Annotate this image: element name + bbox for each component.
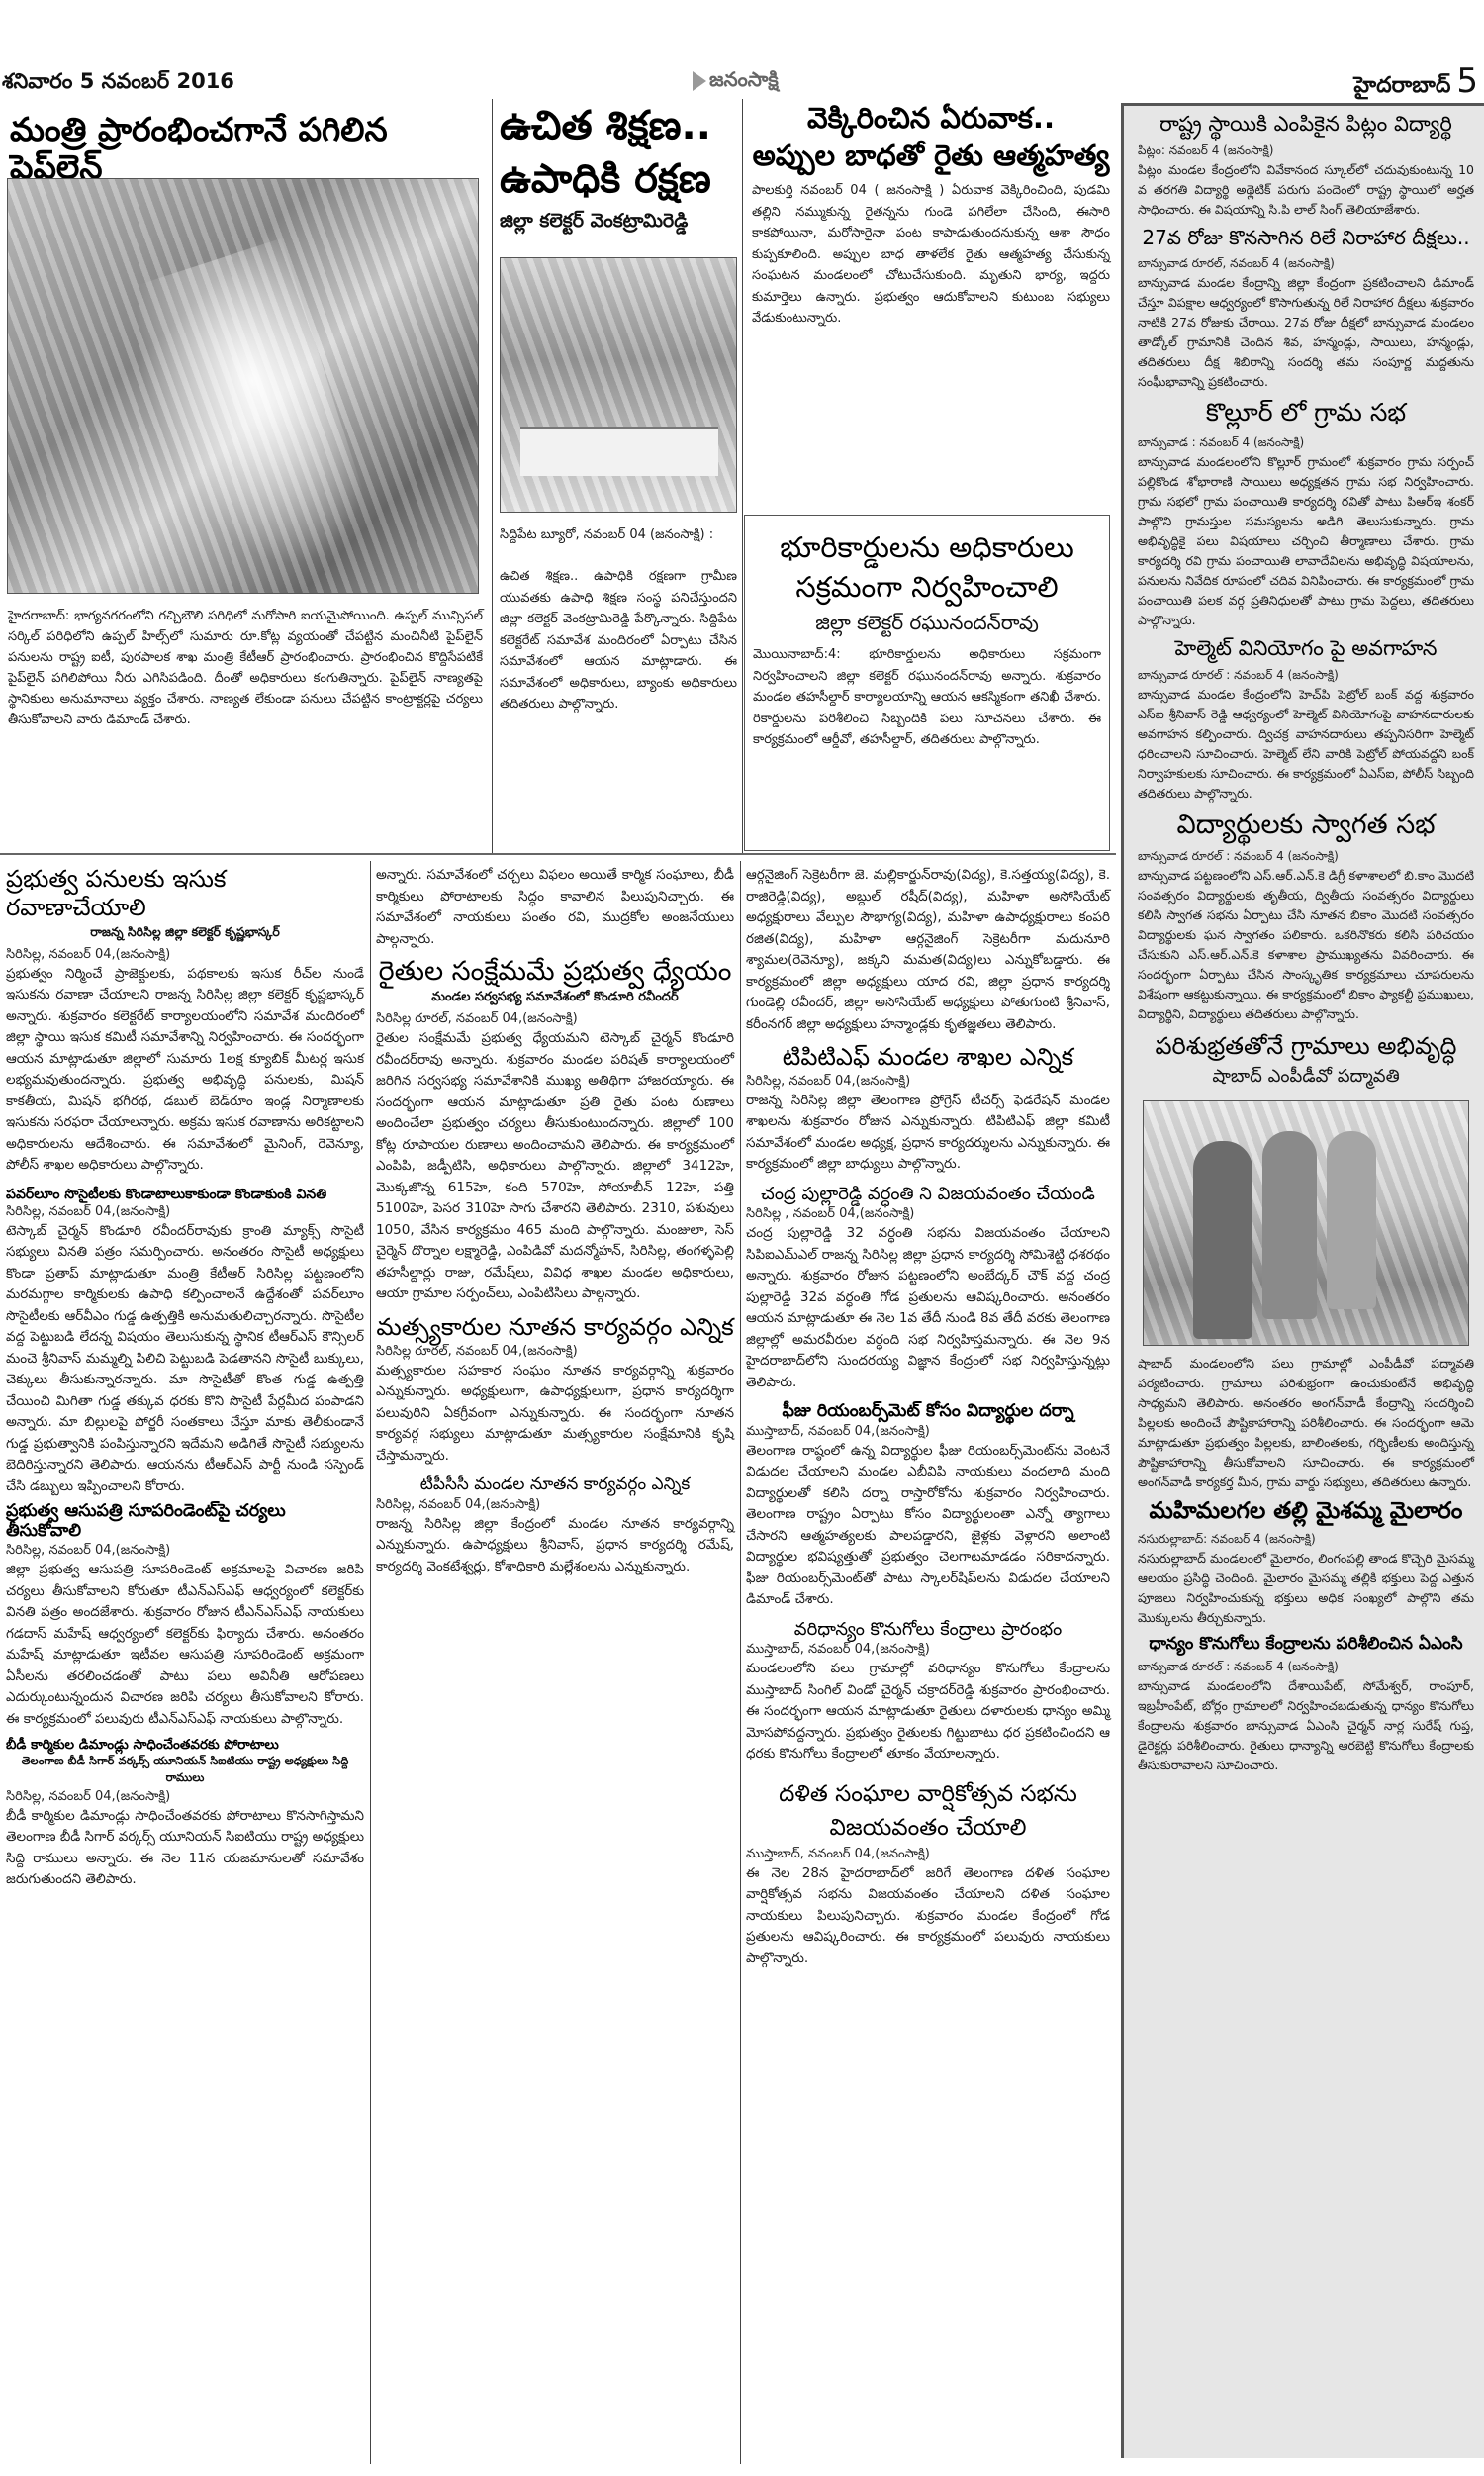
page-locator: హైదరాబాద్ 5 (1353, 61, 1478, 103)
story-body: రాజన్న సిరిసిల్ల జిల్లా కేంద్రంలో మండల న… (376, 1514, 734, 1578)
story-dateline: సిరిసిల్ల, నవంబర్ 04,(జనంసాక్షి) (6, 945, 364, 964)
story-paddy-centres: వరిధాన్యం కొనుగోలు కేంద్రాలు ప్రారంభం ము… (746, 1619, 1110, 1765)
story-body: బీడీ కార్మికుల డిమాండ్లు సాధించేంతవరకు ప… (6, 1806, 364, 1891)
story-subhead: తెలంగాణ బీడీ సిగార్ వర్కర్స్ యూనియన్ సిఐ… (6, 1754, 364, 1787)
story-dateline: బాన్సువాడ : నవంబర్ 4 (జనంసాక్షి) (1138, 433, 1474, 452)
city-name: హైదరాబాద్ (1353, 73, 1450, 103)
story-beedi: బీడీ కార్మికుల డిమాండ్లు సాధించేంతవరకు ప… (6, 1738, 364, 1891)
story-body: బాన్సువాడ మండలంలోని కొల్లూర్ గ్రామంలో శు… (1138, 452, 1474, 630)
table-shape (520, 427, 718, 476)
story-dateline: ముస్తాబాద్, నవంబర్ 04,(జనంసాక్షి) (746, 1640, 1110, 1659)
sidebar-story: విద్యార్థులకు స్వాగత సభ బాన్సువాడ రూరల్ … (1138, 809, 1474, 1024)
story-headline: పవర్‌లూం సొసైటీలకు కొండాటాలుకాకుండా కొండ… (6, 1187, 364, 1202)
story-dateline: సిరిసిల్ల, నవంబర్ 04,(జనంసాక్షి) (746, 1072, 1110, 1091)
story-dateline: సిద్దిపేట బ్యూరో, నవంబర్ 04 (జనంసాక్షి) … (500, 524, 737, 546)
story-continued: ఆర్గనైజింగ్ సెక్రెటరీగా జె. మల్లికార్జున… (746, 865, 1110, 1035)
story-body: మొయినాబాద్:4: భూరికార్డులను అధికారులు సక… (745, 638, 1109, 757)
story-body: మండలంలోని పలు గ్రామాల్లో వరిధాన్యం కొనుగ… (746, 1659, 1110, 1765)
story-body: చంద్ర పుల్లారెడ్డి 32 వర్ధంతి సభను విజయవ… (746, 1223, 1110, 1393)
story-body: నసురుల్లాబాద్ మండలంలో మైలారం, లింగంపల్లి… (1138, 1549, 1474, 1628)
person-shape (1262, 1131, 1317, 1319)
story-fishermen: మత్స్యకారుల నూతన కార్యవర్గం ఎన్నిక సిరిస… (376, 1313, 734, 1467)
column-divider (742, 99, 743, 853)
story-dateline: బాన్సువాడ రూరల్ : నవంబర్ 4 (జనంసాక్షి) (1138, 847, 1474, 866)
issue-date: శనివారం 5 నవంబర్ 2016 (2, 69, 234, 99)
story-dateline: నసురుల్లాబాద్: నవంబర్ 4 (జనంసాక్షి) (1138, 1530, 1474, 1549)
story-photo (1143, 1100, 1469, 1346)
story-body: హైదరాబాద్: భాగ్యనగరంలోని గచ్చిబౌలి పరిధి… (8, 606, 483, 730)
story-body: బాన్సువాడ పట్టణంలోని ఎస్.ఆర్.ఎన్.కె డిగ్… (1138, 866, 1474, 1024)
sidebar-story: పరిశుభ్రతతోనే గ్రామాలు అభివృద్ధి షాబాద్ … (1138, 1032, 1474, 1492)
story-headline: కొల్లూర్ లో గ్రామ సభ (1138, 398, 1474, 433)
story-dateline: ముస్తాబాద్, నవంబర్ 04,(జనంసాక్షి) (746, 1422, 1110, 1441)
column-divider (370, 861, 371, 2464)
story-hospital: ప్రభుత్వ ఆసుపత్రి సూపరిండెంట్‌పై చర్యలు … (6, 1501, 364, 1730)
sidebar-story: 27వ రోజు కొనసాగిన రిలే నిరాహార దీక్షలు..… (1138, 226, 1474, 392)
story-headline: ధాన్యం కొనుగోలు కేంద్రాలను పరిశీలించిన ఏ… (1138, 1634, 1474, 1658)
story-headline: విద్యార్థులకు స్వాగత సభ (1138, 809, 1474, 847)
story-body: మత్స్యకారుల సహకార సంఘం నూతన కార్యవర్గాన్… (376, 1361, 734, 1468)
story-dateline: ముస్తాబాద్, నవంబర్ 04,(జనంసాక్షి) (746, 1845, 1110, 1863)
story-subhead: మండల సర్వసభ్య సమావేశంలో కొండూరి రవీందర్ (376, 990, 734, 1007)
person-shape (1327, 1131, 1376, 1309)
story-body: తెలంగాణ రాష్ఠంలో ఉన్న విద్యార్థుల ఫీజు ర… (746, 1441, 1110, 1611)
story-subhead: రాజన్న సిరిసిల్ల జిల్లా కలెక్టర్ కృష్ణభా… (6, 924, 364, 943)
story-headline: టీపీసీసీ మండల నూతన కార్యవర్గం ఎన్నిక (376, 1475, 734, 1494)
story-dalit-meeting: దళిత సంఘాల వార్షికోత్సవ సభను విజయవంతం చే… (746, 1777, 1110, 1970)
story-dateline: బాన్సువాడ రూరల్ : నవంబర్ 4 (జనంసాక్షి) (1138, 1658, 1474, 1676)
story-headline: వరిధాన్యం కొనుగోలు కేంద్రాలు ప్రారంభం (746, 1619, 1110, 1641)
story-dateline: సిరిసిల్ల రూరల్, నవంబర్ 04,(జనంసాక్షి) (376, 1342, 734, 1361)
story-body: బాన్సువాడ మండల కేంద్రాన్ని జిల్లా కేంద్ర… (1138, 273, 1474, 392)
story-headline: మత్స్యకారుల నూతన కార్యవర్గం ఎన్నిక (376, 1313, 734, 1342)
story-headline: బీడీ కార్మికుల డిమాండ్లు సాధించేంతవరకు ప… (6, 1738, 364, 1754)
story-headline: భూరికార్డులను అధికారులు సక్రమంగా నిర్వహి… (745, 527, 1109, 607)
story-fee-reimbursement: ఫీజు రియంబర్స్‌మెట్ కోసం విద్యార్థుల దర్… (746, 1401, 1110, 1610)
story-headline: 27వ రోజు కొనసాగిన రిలే నిరాహార దీక్షలు.. (1138, 226, 1474, 254)
story-body: పిట్లం మండల కేంద్రంలోని వివేకానంద స్కూల్… (1138, 160, 1474, 220)
story-dateline: బాన్సువాడ రూరల్, నవంబర్ 4 (జనంసాక్షి) (1138, 254, 1474, 273)
story-dateline: పాలకుర్తి నవంబర్ 04 ( జనంసాక్షి ) (752, 183, 944, 198)
story-body: ఉచిత శిక్షణ.. ఉపాధికి రక్షణగా గ్రామీణ యు… (500, 566, 737, 715)
section-divider (0, 853, 1116, 855)
story-dateline: సిరిసిల్ల, నవంబర్ 04,(జనంసాక్షి) (376, 1495, 734, 1514)
sidebar-story: రాష్ట్ర స్థాయికి ఎంపికైన పిట్లం విద్యార్… (1138, 112, 1474, 220)
story-body: జిల్లా ప్రభుత్వ ఆసుపత్రి సూపరిండెంట్ అక్… (6, 1560, 364, 1730)
story-body: పాలకుర్తి నవంబర్ 04 ( జనంసాక్షి ) ఏరువాక… (752, 180, 1110, 330)
story-subhead: జిల్లా కలెక్టర్ వెంకట్రామిరెడ్డి (500, 210, 737, 237)
story-body: టెస్కాబ్ చైర్మన్ కొండూరి రవీందర్‌రావుకు … (6, 1221, 364, 1498)
story-body: బాన్సువాడ మండల కేంద్రంలోని హెచ్‌పి పెట్ర… (1138, 685, 1474, 804)
story-body: షాబాద్ మండలంలోని పలు గ్రామాల్లో ఎంపీడీవో… (1138, 1354, 1474, 1492)
story-continued: అన్నారు. సమావేశంలో చర్చలు విఫలం అయితే కా… (376, 865, 734, 950)
story-headline: వెక్కిరించిన ఏరువాక.. అప్పుల బాధతో రైతు … (752, 99, 1110, 174)
column-divider (492, 99, 493, 853)
story-headline: ఉచిత శిక్షణ.. ఉపాధికి రక్షణ (500, 99, 737, 206)
story-headline: రాష్ట్ర స్థాయికి ఎంపికైన పిట్లం విద్యార్… (1138, 112, 1474, 142)
story-dateline: బాన్సువాడ రూరల్ : నవంబర్ 4 (జనంసాక్షి) (1138, 666, 1474, 685)
story-tptf: టిపిటిఎఫ్ మండల శాఖల ఎన్నిక సిరిసిల్ల, నవ… (746, 1043, 1110, 1176)
arrow-logo-icon (693, 71, 706, 91)
story-headline: మంత్రి ప్రారంభించగానే పగిలిన పైప్‌లైన్ (10, 111, 485, 186)
page-number: 5 (1456, 61, 1478, 101)
story-dateline: సిరిసిల్ల, నవంబర్ 04,(జనంసాక్షి) (6, 1541, 364, 1560)
column-divider (740, 861, 741, 2464)
story-body: ఆర్గనైజింగ్ సెక్రెటరీగా జె. మల్లికార్జున… (746, 865, 1110, 1035)
story-body: రైతుల సంక్షేమమే ప్రభుత్వ ధ్యేయమని టెస్కా… (376, 1028, 734, 1305)
story-headline: మహిమలగల తల్లి మైశమ్మ మైలారం (1138, 1498, 1474, 1530)
story-farmers-welfare: రైతుల సంక్షేమమే ప్రభుత్వ ధ్యేయం మండల సర్… (376, 956, 734, 1305)
story-subhead: షాబాద్ ఎంపీడీవో పద్మావతి (1138, 1066, 1474, 1091)
person-shape (1193, 1141, 1252, 1339)
masthead: శనివారం 5 నవంబర్ 2016 జనంసాక్షి హైదరాబాద… (0, 65, 1484, 97)
story-headline: చంద్ర పుల్లారెడ్డి వర్ధంతి ని విజయవంతం చ… (746, 1184, 1110, 1205)
story-dateline: మొయినాబాద్:4: (753, 647, 841, 662)
sidebar-story: హెల్మెట్ వినియోగం పై అవగాహన బాన్సువాడ రూ… (1138, 636, 1474, 804)
meeting-photo (500, 257, 737, 513)
story-sand: ప్రభుత్వ పనులకు ఇసుక రవాణాచేయాలి రాజన్న … (6, 865, 364, 1177)
story-dateline: పిట్లం: నవంబర్ 4 (జనంసాక్షి) (1138, 142, 1474, 160)
sidebar-story: మహిమలగల తల్లి మైశమ్మ మైలారం నసురుల్లాబాద… (1138, 1498, 1474, 1628)
story-headline: హెల్మెట్ వినియోగం పై అవగాహన (1138, 636, 1474, 666)
district-news-sidebar: రాష్ట్ర స్థాయికి ఎంపికైన పిట్లం విద్యార్… (1121, 103, 1484, 2458)
story-subhead: జిల్లా కలెక్టర్ రఘునందన్‌రావు (745, 607, 1109, 638)
story-dateline: సిరిసిల్ల , నవంబర్ 04,(జనంసాక్షి) (746, 1204, 1110, 1223)
story-body: బాన్సువాడ మండలంలోని దేశాయిపేట్, సోమేశ్వర… (1138, 1676, 1474, 1775)
newspaper-logo: జనంసాక్షి (693, 65, 841, 97)
column-3: ఆర్గనైజింగ్ సెక్రెటరీగా జె. మల్లికార్జున… (746, 865, 1110, 1969)
story-tpcc: టీపీసీసీ మండల నూతన కార్యవర్గం ఎన్నిక సిర… (376, 1475, 734, 1577)
story-dateline: సిరిసిల్ల రూరల్, నవంబర్ 04,(జనంసాక్షి) (376, 1009, 734, 1028)
story-photo (7, 178, 479, 594)
story-headline: దళిత సంఘాల వార్షికోత్సవ సభను విజయవంతం చే… (746, 1777, 1110, 1845)
story-headline: రైతుల సంక్షేమమే ప్రభుత్వ ధ్యేయం (376, 956, 734, 988)
story-body: ప్రభుత్వం నిర్మించే ప్రాజెక్టులకు, పథకాల… (6, 964, 364, 1177)
story-body: అన్నారు. సమావేశంలో చర్చలు విఫలం అయితే కా… (376, 865, 734, 950)
story-powerloom: పవర్‌లూం సొసైటీలకు కొండాటాలుకాకుండా కొండ… (6, 1187, 364, 1498)
story-headline: ప్రభుత్వ ఆసుపత్రి సూపరిండెంట్‌పై చర్యలు … (6, 1501, 364, 1541)
sidebar-story: కొల్లూర్ లో గ్రామ సభ బాన్సువాడ : నవంబర్ … (1138, 398, 1474, 630)
story-headline: ఫీజు రియంబర్స్‌మెట్ కోసం విద్యార్థుల దర్… (746, 1401, 1110, 1421)
column-1: ప్రభుత్వ పనులకు ఇసుక రవాణాచేయాలి రాజన్న … (6, 865, 364, 1891)
story-pullareddy: చంద్ర పుల్లారెడ్డి వర్ధంతి ని విజయవంతం చ… (746, 1184, 1110, 1394)
column-2: అన్నారు. సమావేశంలో చర్చలు విఫలం అయితే కా… (376, 865, 734, 1577)
story-headline: ప్రభుత్వ పనులకు ఇసుక రవాణాచేయాలి (6, 865, 364, 922)
story-dateline: సిరిసిల్ల, నవంబర్ 04,(జనంసాక్షి) (6, 1787, 364, 1806)
story-body: ఈ నెల 28న హైదరాబాద్‌లో జరిగే తెలంగాణ దళి… (746, 1863, 1110, 1970)
story-body: రాజన్న సిరిసిల్ల జిల్లా తెలంగాణ ప్రోగ్రె… (746, 1091, 1110, 1176)
story-dateline: సిరిసిల్ల, నవంబర్ 04,(జనంసాక్షి) (6, 1202, 364, 1221)
logo-text: జనంసాక్షి (709, 67, 779, 96)
story-headline: టిపిటిఎఫ్ మండల శాఖల ఎన్నిక (746, 1043, 1110, 1072)
story-land-records: భూరికార్డులను అధికారులు సక్రమంగా నిర్వహి… (744, 515, 1110, 851)
story-headline: పరిశుభ్రతతోనే గ్రామాలు అభివృద్ధి (1138, 1032, 1474, 1066)
sidebar-story: ధాన్యం కొనుగోలు కేంద్రాలను పరిశీలించిన ఏ… (1138, 1634, 1474, 1775)
